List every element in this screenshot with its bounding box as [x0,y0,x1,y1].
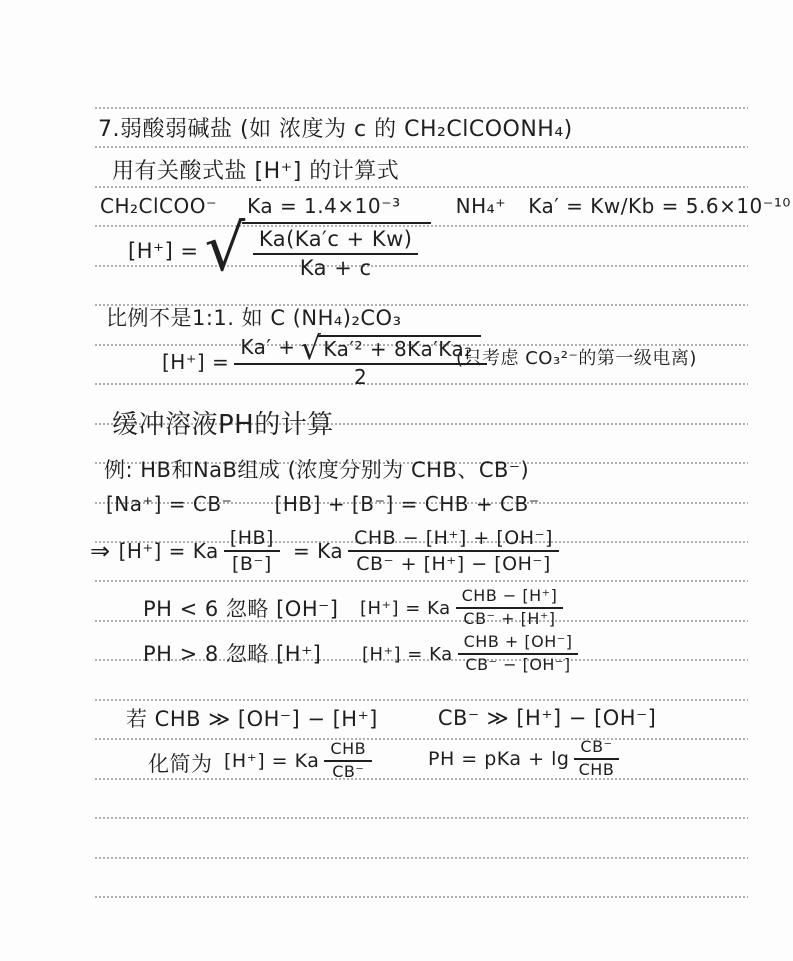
cation-ka-value: Ka′ = Kw/Kb = 5.6×10⁻¹⁰ [528,194,791,218]
acid-salt-formula: [H⁺] = √ Ka(Ka′c + Kw) Ka + c [128,220,431,282]
formula-lhs: [H⁺] = Ka [224,750,319,772]
implies-arrow: ⇒ [90,537,111,565]
fraction-denominator: CB⁻ [332,762,364,782]
basic-case-formula: [H⁺] = Ka CHB + [OH⁻] CB⁻ − [OH⁻] [362,630,583,678]
ruled-line [95,186,748,188]
numerator-prefix: Ka′ + [240,336,295,360]
formula-lhs: [H⁺] = [128,239,199,263]
fraction-numerator: Ka′ + √ Ka′² + 8Ka′Ka₂ [234,335,486,365]
ruled-line [95,778,748,780]
fraction-numerator: Ka(Ka′c + Kw) [253,227,419,255]
formula-lhs: [H⁺] = Ka [360,598,451,619]
henderson-formula: PH = pKa + lg CB⁻ CHB [428,733,624,785]
fraction-denominator: CHB [579,760,615,780]
fraction: Ka′ + √ Ka′² + 8Ka′Ka₂ 2 [234,335,486,390]
fraction-denominator: [B⁻] [232,552,272,575]
fraction: CB⁻ CHB [574,738,618,780]
fraction-numerator: CHB + [OH⁻] [458,633,579,655]
fraction-denominator: CB⁻ − [OH⁻] [465,655,570,675]
acidic-case-condition: PH < 6 忽略 [OH⁻] [143,593,338,623]
fraction: CHB CB⁻ [324,740,372,782]
carbonate-side-note: (只考虑 CO₃²⁻的第一级电离) [456,344,697,370]
fraction-denominator: CB⁻ + [H⁺] [463,609,555,629]
acidic-case-formula: [H⁺] = Ka CHB − [H⁺] CB⁻ + [H⁺] [360,584,568,632]
radicand: Ka(Ka′c + Kw) Ka + c [242,222,432,281]
species-row: CH₂ClCOO⁻ Ka = 1.4×10⁻³ NH₄⁺ Ka′ = Kw/Kb… [100,194,791,218]
cation-species: NH₄⁺ [456,194,507,218]
approx-condition-hb: 若 CHB ≫ [OH⁻] − [H⁺] [126,703,378,733]
ruled-line [95,699,748,701]
formula-lhs: [H⁺] = Ka [362,644,453,665]
heading-line: 7.弱酸弱碱盐 (如 浓度为 c 的 CH₂ClCOONH₄) [98,112,573,143]
fraction-denominator: 2 [354,365,367,390]
subheading-line: 用有关酸式盐 [H⁺] 的计算式 [112,154,399,185]
acid-ka-value: Ka = 1.4×10⁻³ [247,194,401,218]
equals-ka: = Ka [293,539,343,563]
basic-case-condition: PH > 8 忽略 [H⁺] [143,638,321,668]
formula-lhs: PH = pKa + lg [428,748,569,770]
fraction: CHB − [H⁺] CB⁻ + [H⁺] [456,587,564,629]
acid-species: CH₂ClCOO⁻ [100,194,217,218]
simplified-formula: [H⁺] = Ka CHB CB⁻ [224,737,377,785]
approx-row: 若 CHB ≫ [OH⁻] − [H⁺] CB⁻ ≫ [H⁺] − [OH⁻] [126,703,656,733]
ruled-line [95,817,748,819]
derivation-formula: ⇒ [H⁺] = Ka [HB] [B⁻] = Ka CHB − [H⁺] + … [90,518,564,584]
example-line: 例: HB和NaB组成 (浓度分别为 CHB、CB⁻) [104,454,529,484]
charge-balance: [Na⁺] = CB⁻ [106,492,233,516]
fraction: [HB] [B⁻] [224,527,280,576]
fraction-numerator: CB⁻ [574,738,618,760]
approx-condition-b: CB⁻ ≫ [H⁺] − [OH⁻] [438,706,657,730]
balance-row: [Na⁺] = CB⁻ [HB] + [B⁻] = CHB + CB⁻ [106,492,540,516]
fraction-numerator: CHB − [H⁺] + [OH⁻] [348,527,559,552]
carbonate-formula: [H⁺] = Ka′ + √ Ka′² + 8Ka′Ka₂ 2 [162,330,492,394]
simplified-label: 化简为 [148,748,213,778]
fraction-denominator: Ka + c [300,255,372,281]
ruled-line [95,857,748,859]
fraction: CHB − [H⁺] + [OH⁻] CB⁻ + [H⁺] − [OH⁻] [348,527,559,576]
square-root: √ Ka(Ka′c + Kw) Ka + c [205,222,432,281]
fraction: Ka(Ka′c + Kw) Ka + c [253,227,419,281]
fraction-numerator: CHB [324,740,372,762]
ratio-note-line: 比例不是1:1. 如 C (NH₄)₂CO₃ [106,302,402,332]
fraction-denominator: CB⁻ + [H⁺] − [OH⁻] [356,552,551,575]
ruled-line [95,146,748,148]
ruled-line [95,738,748,740]
notebook-page: 7.弱酸弱碱盐 (如 浓度为 c 的 CH₂ClCOONH₄) 用有关酸式盐 [… [0,0,793,961]
radical-sign: √ [205,222,246,276]
fraction: CHB + [OH⁻] CB⁻ − [OH⁻] [458,633,579,675]
square-root: √ Ka′² + 8Ka′Ka₂ [301,335,481,362]
buffer-section-heading: 缓冲溶液PH的计算 [112,404,334,441]
fraction-numerator: CHB − [H⁺] [456,587,564,609]
fraction-numerator: [HB] [224,527,280,552]
mass-balance: [HB] + [B⁻] = CHB + CB⁻ [275,492,540,516]
formula-lhs: [H⁺] = Ka [119,539,219,563]
ruled-line [95,107,748,109]
formula-lhs: [H⁺] = [162,350,229,374]
ruled-line [95,896,748,898]
